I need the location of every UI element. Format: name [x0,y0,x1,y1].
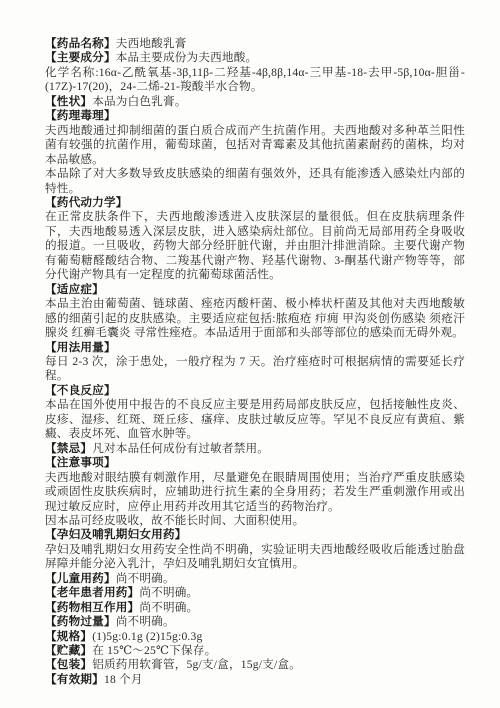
section-label-specification: 【规格】 [45,630,92,643]
section-label-pharmacology-toxicology: 【药理毒理】 [45,109,116,122]
section-paragraph-pharmacokinetics: 在正常皮肤条件下，夫西地酸渗透进入皮肤深层的量很低。但在皮肤病理条件下，夫西地酸… [45,210,465,282]
section-text-precautions: 因本品可经皮吸收，故不能长时间、大面积使用。 [45,514,304,527]
section-heading-pharmacokinetics: 【药代动力学】 [45,196,465,210]
section-line-packaging: 【包装】铝质药用软膏管，5g/支/盒，15g/支/盒。 [45,658,465,672]
section-line-description: 【性状】本品为白色乳膏。 [45,95,465,109]
section-text-drug-interactions: 尚不明确。 [139,601,198,614]
section-line-specification: 【规格】(1)5g:0.1g (2)15g:0.3g [45,630,465,644]
section-label-dosage: 【用法用量】 [45,341,116,354]
section-line-overdose: 【药物过量】尚不明确。 [45,615,465,629]
section-text-validity: 18 个月 [104,673,143,686]
section-label-geriatric-use: 【老年患者用药】 [45,586,139,599]
section-heading-indications: 【适应症】 [45,283,465,297]
section-label-contraindications: 【禁忌】 [45,442,92,455]
section-text-main-ingredients: 化学名称:16α-乙酰氧基-3β,11β-二羟基-4β,8β,14α-三甲基-1… [45,66,465,93]
section-text-drug-name: 夫西地酸乳膏 [116,37,187,50]
section-line-pediatric-use: 【儿童用药】尚不明确。 [45,572,465,586]
section-paragraph-pharmacology-toxicology: 夫西地酸通过抑制细菌的蛋白质合成而产生抗菌作用。夫西地酸对多种革兰阳性菌有较强的… [45,124,465,167]
section-text-pregnancy-lactation: 孕妇及哺乳期妇女用药安全性尚不明确，实验证明夫西地酸经吸收后能透过胎盘屏障并能分… [45,543,465,570]
section-text-geriatric-use: 尚不明确。 [139,586,198,599]
section-label-precautions: 【注意事项】 [45,456,116,469]
section-label-description: 【性状】 [45,95,92,108]
section-text-contraindications: 凡对本品任何成份有过敏者禁用。 [92,442,269,455]
section-text-indications: 本品主治由葡萄菌、链球菌、痤疮丙酸杆菌、极小棒状杆菌及其他对夫西地酸敏感的细菌引… [45,297,465,339]
section-heading-pharmacology-toxicology: 【药理毒理】 [45,109,465,123]
document-page: 【药品名称】夫西地酸乳膏【主要成分】本品主要成份为夫西地酸。化学名称:16α-乙… [0,0,500,708]
section-heading-precautions: 【注意事项】 [45,456,465,470]
section-label-drug-interactions: 【药物相互作用】 [45,601,139,614]
section-paragraph-dosage: 每日 2-3 次，涂于患处，一般疗程为 7 天。治疗痤疮时可根据病情的需要延长疗… [45,355,465,384]
section-text-adverse-reactions: 本品在国外使用中报告的不良反应主要是用药局部皮肤反应，包括接触性皮炎、皮疹、湿疹… [45,398,465,440]
section-text-description: 本品为白色乳膏。 [92,95,186,108]
section-text-precautions: 夫西地酸对眼结膜有刺激作用，尽量避免在眼睛周围使用；当治疗严重皮肤感染或顽固性皮… [45,471,465,513]
section-label-storage: 【贮藏】 [45,644,92,657]
section-label-indications: 【适应症】 [45,283,104,296]
section-line-contraindications: 【禁忌】凡对本品任何成份有过敏者禁用。 [45,442,465,456]
section-heading-dosage: 【用法用量】 [45,341,465,355]
section-line-storage: 【贮藏】在 15℃～25℃下保存。 [45,644,465,658]
section-text-pediatric-use: 尚不明确。 [116,572,175,585]
section-text-pharmacology-toxicology: 本品除了对大多数导致皮肤感染的细菌有强效外，还具有能渗透入感染灶内部的特性。 [45,167,465,194]
section-text-specification: (1)5g:0.1g (2)15g:0.3g [92,630,202,643]
section-line-geriatric-use: 【老年患者用药】尚不明确。 [45,586,465,600]
section-paragraph-pharmacology-toxicology: 本品除了对大多数导致皮肤感染的细菌有强效外，还具有能渗透入感染灶内部的特性。 [45,167,465,196]
section-paragraph-adverse-reactions: 本品在国外使用中报告的不良反应主要是用药局部皮肤反应，包括接触性皮炎、皮疹、湿疹… [45,398,465,441]
section-label-pregnancy-lactation: 【孕妇及哺乳期妇女用药】 [45,528,187,541]
section-label-pediatric-use: 【儿童用药】 [45,572,116,585]
section-paragraph-precautions: 夫西地酸对眼结膜有刺激作用，尽量避免在眼睛周围使用；当治疗严重皮肤感染或顽固性皮… [45,471,465,514]
section-paragraph-precautions: 因本品可经皮吸收，故不能长时间、大面积使用。 [45,514,465,528]
section-paragraph-main-ingredients: 化学名称:16α-乙酰氧基-3β,11β-二羟基-4β,8β,14α-三甲基-1… [45,66,465,95]
section-text-storage: 在 15℃～25℃下保存。 [92,644,216,657]
section-heading-adverse-reactions: 【不良反应】 [45,384,465,398]
section-text-pharmacokinetics: 在正常皮肤条件下，夫西地酸渗透进入皮肤深层的量很低。但在皮肤病理条件下，夫西地酸… [45,210,465,281]
section-line-main-ingredients: 【主要成分】本品主要成份为夫西地酸。 [45,51,465,65]
section-text-overdose: 尚不明确。 [116,615,175,628]
section-line-validity: 【有效期】18 个月 [45,673,465,687]
section-line-drug-interactions: 【药物相互作用】尚不明确。 [45,601,465,615]
section-label-main-ingredients: 【主要成分】 [45,51,116,64]
section-label-overdose: 【药物过量】 [45,615,116,628]
section-line-drug-name: 【药品名称】夫西地酸乳膏 [45,37,465,51]
section-text-dosage: 每日 2-3 次，涂于患处，一般疗程为 7 天。治疗痤疮时可根据病情的需要延长疗… [45,355,465,382]
section-label-adverse-reactions: 【不良反应】 [45,384,116,397]
section-label-drug-name: 【药品名称】 [45,37,116,50]
section-paragraph-pregnancy-lactation: 孕妇及哺乳期妇女用药安全性尚不明确，实验证明夫西地酸经吸收后能透过胎盘屏障并能分… [45,543,465,572]
section-heading-pregnancy-lactation: 【孕妇及哺乳期妇女用药】 [45,528,465,542]
document-body: 【药品名称】夫西地酸乳膏【主要成分】本品主要成份为夫西地酸。化学名称:16α-乙… [45,37,465,687]
section-paragraph-indications: 本品主治由葡萄菌、链球菌、痤疮丙酸杆菌、极小棒状杆菌及其他对夫西地酸敏感的细菌引… [45,297,465,340]
section-label-validity: 【有效期】 [45,673,104,686]
section-label-pharmacokinetics: 【药代动力学】 [45,196,128,209]
section-label-packaging: 【包装】 [45,658,92,671]
section-text-main-ingredients: 本品主要成份为夫西地酸。 [116,51,258,64]
section-text-packaging: 铝质药用软膏管，5g/支/盒，15g/支/盒。 [92,658,301,671]
section-text-pharmacology-toxicology: 夫西地酸通过抑制细菌的蛋白质合成而产生抗菌作用。夫西地酸对多种革兰阳性菌有较强的… [45,124,465,166]
